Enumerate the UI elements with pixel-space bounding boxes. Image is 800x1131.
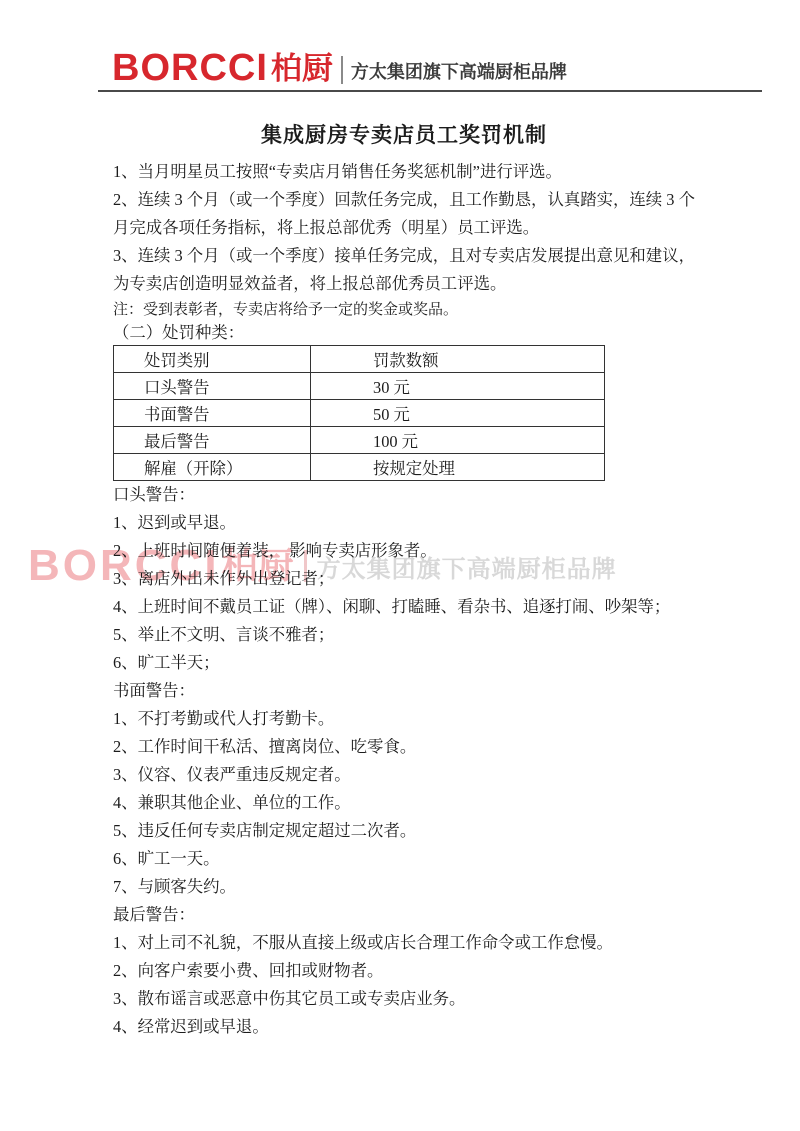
verbal-warning-item: 1、迟到或早退。 — [113, 509, 695, 537]
table-header-row: 处罚类别 罚款数额 — [114, 346, 605, 373]
final-warning-item: 1、对上司不礼貌，不服从直接上级或店长合理工作命令或工作怠慢。 — [113, 929, 695, 957]
verbal-warning-item: 4、上班时间不戴员工证（牌）、闲聊、打瞌睡、看杂书、追逐打闹、吵架等； — [113, 593, 695, 621]
written-warning-item: 1、不打考勤或代人打考勤卡。 — [113, 705, 695, 733]
written-warning-item: 5、违反任何专卖店制定规定超过二次者。 — [113, 817, 695, 845]
penalty-table: 处罚类别 罚款数额 口头警告 30 元 书面警告 50 元 最后警告 100 元… — [113, 345, 605, 481]
letterhead-underline — [98, 90, 762, 92]
final-warning-heading: 最后警告： — [113, 901, 695, 929]
table-row: 书面警告 50 元 — [114, 400, 605, 427]
brand-tagline: 方太集团旗下高端厨柜品牌 — [351, 60, 567, 86]
table-cell-category: 口头警告 — [114, 373, 311, 400]
reward-note: 注：受到表彰者，专卖店将给予一定的奖金或奖品。 — [113, 298, 695, 322]
final-warning-item: 2、向客户索要小费、回扣或财物者。 — [113, 957, 695, 985]
table-header-category: 处罚类别 — [114, 346, 311, 373]
table-cell-amount: 30 元 — [311, 373, 605, 400]
reward-item-1: 1、当月明星员工按照“专卖店月销售任务奖惩机制”进行评选。 — [113, 158, 695, 186]
written-warning-item: 6、旷工一天。 — [113, 845, 695, 873]
letterhead-row: BORCCI 柏厨 方太集团旗下高端厨柜品牌 — [98, 48, 762, 86]
verbal-warning-item: 6、旷工半天； — [113, 649, 695, 677]
reward-item-3: 3、连续 3 个月（或一个季度）接单任务完成，且对专卖店发展提出意见和建议，为专… — [113, 242, 695, 298]
final-warning-item: 3、散布谣言或恶意中伤其它员工或专卖店业务。 — [113, 985, 695, 1013]
verbal-warning-item: 3、离店外出未作外出登记者； — [113, 565, 695, 593]
verbal-warning-item: 5、举止不文明、言谈不雅者； — [113, 621, 695, 649]
letterhead: BORCCI 柏厨 方太集团旗下高端厨柜品牌 — [98, 48, 762, 92]
table-header-amount: 罚款数额 — [311, 346, 605, 373]
table-cell-category: 最后警告 — [114, 427, 311, 454]
logo-tagline-divider — [341, 56, 343, 84]
written-warning-item: 7、与顾客失约。 — [113, 873, 695, 901]
table-cell-category: 书面警告 — [114, 400, 311, 427]
written-warning-item: 3、仪容、仪表严重违反规定者。 — [113, 761, 695, 789]
table-cell-amount: 50 元 — [311, 400, 605, 427]
table-cell-amount: 按规定处理 — [311, 454, 605, 481]
table-cell-category: 解雇（开除） — [114, 454, 311, 481]
verbal-warning-heading: 口头警告： — [113, 481, 695, 509]
document-body: 集成厨房专卖店员工奖罚机制 1、当月明星员工按照“专卖店月销售任务奖惩机制”进行… — [113, 120, 695, 1041]
table-row: 解雇（开除） 按规定处理 — [114, 454, 605, 481]
page-title: 集成厨房专卖店员工奖罚机制 — [113, 120, 695, 150]
table-row: 口头警告 30 元 — [114, 373, 605, 400]
written-warning-item: 4、兼职其他企业、单位的工作。 — [113, 789, 695, 817]
document-page: BORCCI柏厨 方太集团旗下高端厨柜品牌 BORCCI 柏厨 方太集团旗下高端… — [0, 0, 800, 1131]
verbal-warning-item: 2、上班时间随便着装， 影响专卖店形象者。 — [113, 537, 695, 565]
penalty-section-heading: （二）处罚种类： — [113, 322, 695, 344]
table-cell-amount: 100 元 — [311, 427, 605, 454]
written-warning-heading: 书面警告： — [113, 677, 695, 705]
written-warning-item: 2、工作时间干私活、擅离岗位、吃零食。 — [113, 733, 695, 761]
borcci-logo-icon: BORCCI — [98, 50, 268, 86]
final-warning-item: 4、经常迟到或早退。 — [113, 1013, 695, 1041]
table-row: 最后警告 100 元 — [114, 427, 605, 454]
reward-item-2: 2、连续 3 个月（或一个季度）回款任务完成，且工作勤恳，认真踏实，连续 3 个… — [113, 186, 695, 242]
borcci-logo-cn: 柏厨 — [271, 52, 333, 86]
